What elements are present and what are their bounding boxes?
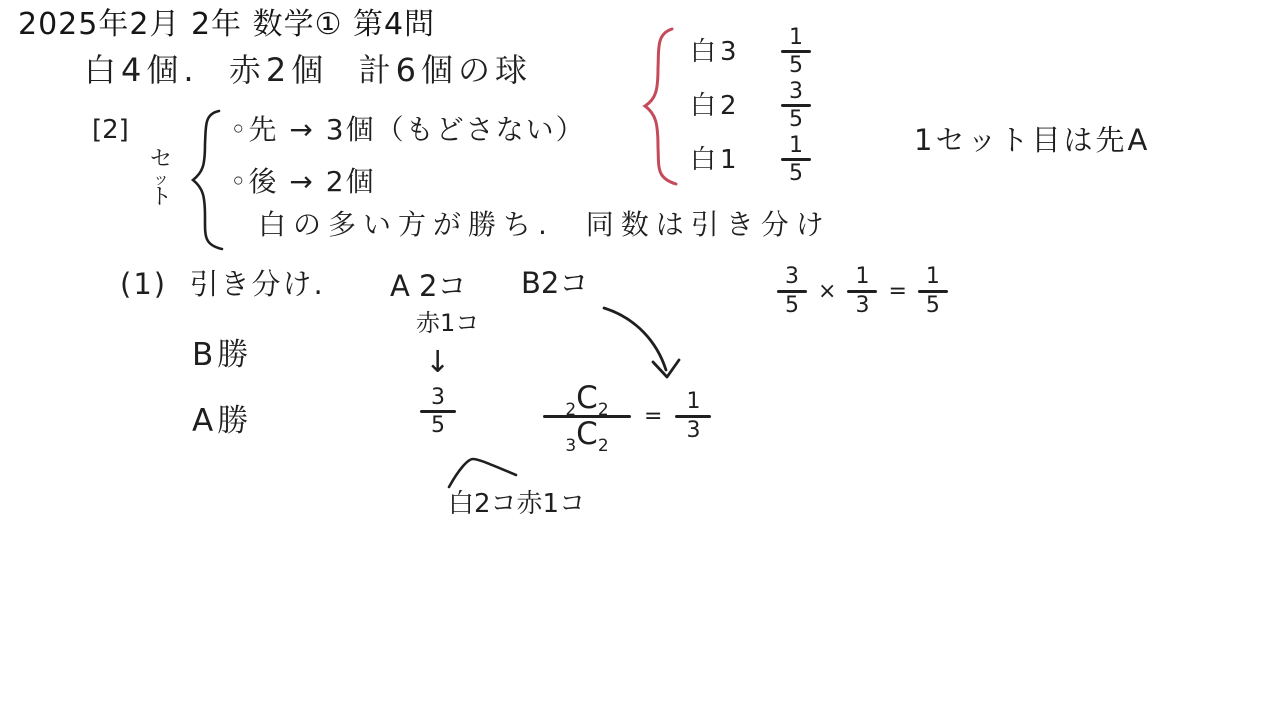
fraction: 1 5 bbox=[918, 265, 948, 316]
fraction-numerator: 3 bbox=[789, 80, 803, 103]
draw-probability-equation: 3 5 × 1 3 = 1 5 bbox=[777, 262, 948, 320]
set-label-char: ト bbox=[150, 187, 172, 209]
case-row-label: 白1 bbox=[690, 146, 741, 176]
red-one-note: 赤1コ bbox=[416, 310, 479, 338]
comb-post-subscript: 2 bbox=[598, 436, 609, 456]
combination-equation: 2C2 3C2 = 1 3 bbox=[543, 372, 711, 460]
page-title: 2025年2月 2年 数学① 第4問 bbox=[18, 8, 435, 43]
equals-sign: = bbox=[888, 279, 906, 304]
fraction-denominator: 5 bbox=[785, 294, 799, 317]
caret-mark bbox=[449, 459, 516, 487]
fraction-denominator: 5 bbox=[789, 108, 803, 131]
part1-heading: (1) 引き分け. bbox=[120, 268, 325, 301]
draw-fraction: 3 5 bbox=[420, 386, 456, 437]
combination-fraction: 2C2 3C2 bbox=[543, 383, 631, 450]
case-row-fraction: 3 5 bbox=[781, 80, 811, 131]
fraction-denominator: 5 bbox=[789, 54, 803, 77]
case-row-fraction: 1 5 bbox=[781, 134, 811, 185]
fraction-denominator: 5 bbox=[789, 162, 803, 185]
case-row-label: 白2 bbox=[690, 92, 741, 122]
case-row-label: 白3 bbox=[690, 38, 741, 68]
fraction-numerator: 1 bbox=[789, 26, 803, 49]
set-item-second-draw: ◦後 → 2個 bbox=[230, 166, 376, 198]
equals-sign: = bbox=[644, 404, 662, 429]
comb-letter: C bbox=[576, 380, 598, 416]
fraction-numerator: 1 bbox=[789, 134, 803, 157]
fraction-numerator: 1 bbox=[855, 265, 869, 288]
result-fraction: 1 3 bbox=[675, 390, 711, 441]
comb-pre-subscript: 3 bbox=[565, 436, 576, 456]
fraction: 3 5 bbox=[777, 265, 807, 316]
set-label-vertical: セ ッ ト bbox=[150, 149, 172, 209]
b-count: B2コ bbox=[521, 267, 588, 300]
a-count: A 2コ bbox=[390, 270, 467, 303]
times-sign: × bbox=[818, 279, 836, 304]
fraction-denominator: 3 bbox=[855, 294, 869, 317]
whiteboard-page: 2025年2月 2年 数学① 第4問 白4個. 赤2個 計6個の球 [2] セ … bbox=[0, 0, 1280, 720]
fraction-denominator: 3 bbox=[686, 419, 700, 442]
bottom-note: 白2コ赤1コ bbox=[448, 490, 585, 520]
curved-arrow bbox=[604, 308, 666, 370]
fraction: 1 3 bbox=[847, 265, 877, 316]
set-curly-brace bbox=[193, 111, 222, 249]
win-rule: 白の多い方が勝ち. 同数は引き分け bbox=[258, 209, 831, 241]
combination-denominator: 3C2 bbox=[565, 419, 608, 450]
combination-numerator: 2C2 bbox=[565, 383, 608, 414]
fraction-denominator: 5 bbox=[431, 414, 445, 437]
down-arrow: ↓ bbox=[425, 346, 450, 381]
fraction-numerator: 3 bbox=[785, 265, 799, 288]
b-win-label: B勝 bbox=[192, 338, 252, 374]
case-row-fraction: 1 5 bbox=[781, 26, 811, 77]
fraction-numerator: 3 bbox=[431, 386, 445, 409]
a-win-label: A勝 bbox=[192, 404, 252, 440]
red-case-curly-brace bbox=[645, 29, 676, 184]
first-set-note: 1セット目は先A bbox=[914, 124, 1150, 157]
problem-label: [2] bbox=[92, 116, 129, 146]
fraction-denominator: 5 bbox=[926, 294, 940, 317]
problem-summary: 白4個. 赤2個 計6個の球 bbox=[84, 52, 532, 89]
set-item-first-draw: ◦先 → 3個（もどさない） bbox=[230, 114, 586, 146]
fraction-numerator: 1 bbox=[926, 265, 940, 288]
set-label-char: セ bbox=[150, 149, 172, 171]
comb-letter: C bbox=[576, 416, 598, 452]
fraction-numerator: 1 bbox=[686, 390, 700, 413]
